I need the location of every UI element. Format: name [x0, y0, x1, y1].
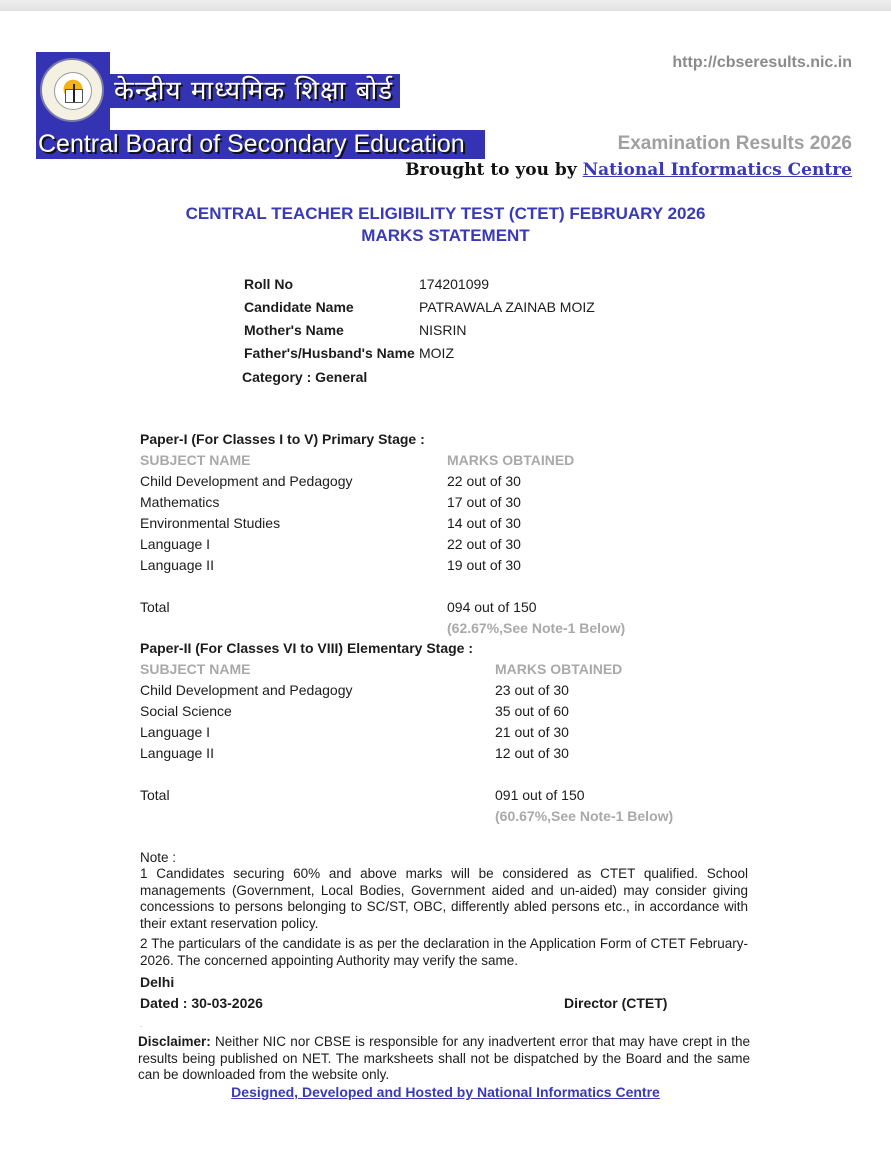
- col-subject-name: SUBJECT NAME: [140, 661, 250, 677]
- disclaimer: Disclaimer: Neither NIC nor CBSE is resp…: [138, 1034, 750, 1084]
- subject-marks: 22 out of 30: [447, 473, 521, 489]
- percentage: (60.67%,See Note-1 Below): [495, 808, 673, 824]
- footer-nic-link[interactable]: Designed, Developed and Hosted by Nation…: [231, 1084, 660, 1100]
- nic-link[interactable]: National Informatics Centre: [583, 160, 852, 180]
- exam-results-label: Examination Results 2026: [618, 133, 852, 155]
- subject-name: Child Development and Pedagogy: [140, 473, 352, 489]
- info-value: PATRAWALA ZAINAB MOIZ: [419, 299, 595, 315]
- info-value: NISRIN: [419, 322, 466, 338]
- place: Delhi: [140, 974, 174, 990]
- note-heading: Note :: [140, 850, 748, 867]
- col-marks-obtained: MARKS OBTAINED: [447, 452, 574, 468]
- brought-prefix: Brought to you by: [405, 160, 576, 180]
- note-2: 2 The particulars of the candidate is as…: [140, 936, 748, 969]
- total-value: 094 out of 150: [447, 599, 537, 615]
- statement-title: MARKS STATEMENT: [0, 226, 891, 246]
- subject-name: Language I: [140, 536, 210, 552]
- board-name-hindi: केन्द्रीय माध्यमिक शिक्षा बोर्ड: [110, 74, 400, 108]
- subject-name: Language I: [140, 724, 210, 740]
- info-label: Candidate Name: [244, 299, 354, 315]
- category: Category : General: [242, 369, 367, 385]
- paper-1-heading: Paper-I (For Classes I to V) Primary Sta…: [140, 431, 425, 447]
- disclaimer-text: Neither NIC nor CBSE is responsible for …: [138, 1034, 750, 1082]
- total-value: 091 out of 150: [495, 787, 585, 803]
- percentage: (62.67%,See Note-1 Below): [447, 620, 625, 636]
- subject-marks: 17 out of 30: [447, 494, 521, 510]
- footer: Designed, Developed and Hosted by Nation…: [0, 1084, 891, 1102]
- subject-marks: 22 out of 30: [447, 536, 521, 552]
- dated: Dated : 30-03-2026: [140, 995, 263, 1011]
- subject-name: Child Development and Pedagogy: [140, 682, 352, 698]
- site-url: http://cbseresults.nic.in: [672, 54, 852, 72]
- browser-top-bar: [0, 0, 891, 11]
- cbse-logo: [36, 52, 110, 130]
- subject-name: Mathematics: [140, 494, 219, 510]
- total-label: Total: [140, 599, 170, 615]
- paper-2-heading: Paper-II (For Classes VI to VIII) Elemen…: [140, 640, 473, 656]
- subject-marks: 19 out of 30: [447, 557, 521, 573]
- subject-name: Language II: [140, 557, 214, 573]
- subject-name: Environmental Studies: [140, 515, 280, 531]
- disclaimer-label: Disclaimer:: [138, 1034, 211, 1049]
- separator-dot: .: [140, 1020, 142, 1029]
- cbse-emblem-icon: [40, 58, 104, 122]
- info-label: Roll No: [244, 276, 293, 292]
- subject-marks: 23 out of 30: [495, 682, 569, 698]
- subject-marks: 35 out of 60: [495, 703, 569, 719]
- exam-title: CENTRAL TEACHER ELIGIBILITY TEST (CTET) …: [0, 204, 891, 224]
- total-label: Total: [140, 787, 170, 803]
- board-name-english: Central Board of Secondary Education: [36, 130, 485, 159]
- signatory: Director (CTET): [564, 995, 667, 1011]
- subject-name: Language II: [140, 745, 214, 761]
- info-value: 174201099: [419, 276, 489, 292]
- book-icon: [65, 89, 83, 103]
- info-value: MOIZ: [419, 345, 454, 361]
- brought-to-you-by: Brought to you by National Informatics C…: [405, 160, 852, 180]
- note-1: 1 Candidates securing 60% and above mark…: [140, 866, 748, 932]
- subject-marks: 12 out of 30: [495, 745, 569, 761]
- subject-name: Social Science: [140, 703, 232, 719]
- col-marks-obtained: MARKS OBTAINED: [495, 661, 622, 677]
- info-label: Mother's Name: [244, 322, 344, 338]
- info-label: Father's/Husband's Name: [244, 345, 415, 361]
- subject-marks: 21 out of 30: [495, 724, 569, 740]
- col-subject-name: SUBJECT NAME: [140, 452, 250, 468]
- subject-marks: 14 out of 30: [447, 515, 521, 531]
